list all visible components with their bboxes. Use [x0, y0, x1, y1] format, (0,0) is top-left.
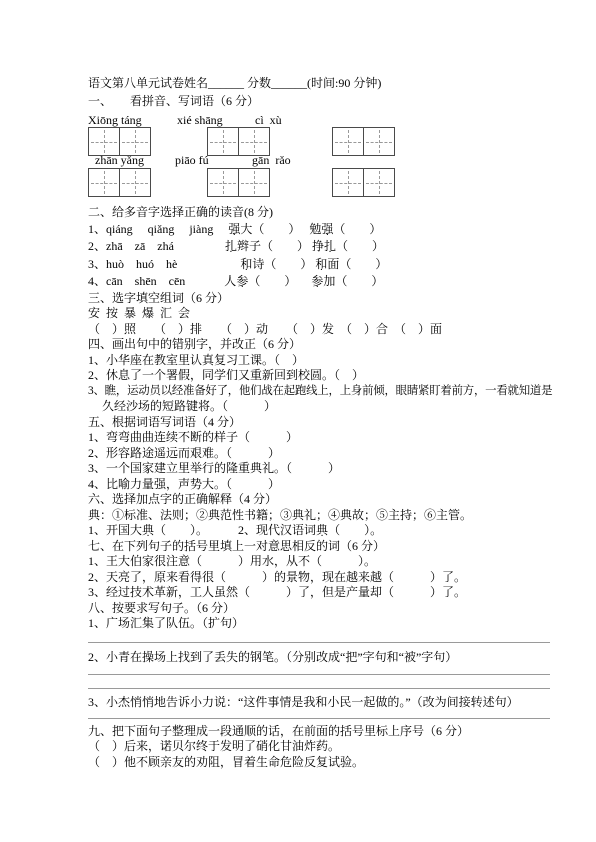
s2-item-2: 2、zhā zā zhá 扎辫子（ ） 挣扎（ ） — [88, 238, 550, 256]
grid-cell — [120, 168, 151, 197]
grid-cell — [364, 168, 395, 197]
section5-heading: 五、根据词语写词语（4 分） — [88, 415, 550, 431]
writing-grid — [88, 127, 151, 156]
answer-line — [88, 642, 550, 643]
emphasized-char: 参 — [236, 274, 248, 288]
emphasized-char: 和 — [315, 257, 327, 271]
section8-heading: 八、按要求写句子。（6 分） — [88, 601, 550, 617]
grid-cell — [239, 127, 270, 156]
s3-fill-blanks: （ ）照 （ ）排 （ ）动 （ ）发 （ ）合 （ ）面 — [88, 322, 550, 338]
grid-cell — [239, 168, 270, 197]
s4-item-3-line2: 久经沙场的短路键将。（ ） — [88, 399, 550, 415]
emphasized-char: 强 — [321, 222, 333, 236]
s7-item-3: 3、经过技术革新，工人虽然（ ）了，但是产量却（ ）了。 — [88, 585, 550, 601]
pinyin-label: Xiōng táng — [88, 113, 142, 128]
s5-item-1: 1、弯弯曲曲连续不断的样子（ ） — [88, 430, 550, 446]
emphasized-char: 典 — [316, 523, 328, 537]
pinyin-writing-block: Xiōng táng xié shāng cì xù zhān yǎng piā… — [88, 110, 550, 205]
s2-item-3: 3、huò huó hè 和诗（ ） 和面（ ） — [88, 256, 550, 274]
answer-line — [88, 718, 550, 719]
writing-grid — [332, 127, 395, 156]
grid-cell — [207, 168, 239, 197]
section7-heading: 七、在下列句子的括号里填上一对意思相反的词（6 分） — [88, 539, 550, 555]
s9-item-1: （ ）后来，诺贝尔终于发明了硝化甘油炸药。 — [88, 739, 550, 755]
section2-heading: 二、给多音字选择正确的读音(8 分) — [88, 205, 550, 221]
s2-item-1: 1、qiáng qiǎng jiàng 强大（ ） 勉强（ ） — [88, 221, 550, 239]
s4-item-2: 2、休息了一个署假，同学们又重新回到校圆。（ ） — [88, 368, 550, 384]
s8-item-1: 1、广场汇集了队伍。（扩句） — [88, 616, 550, 632]
emphasized-char: 强 — [228, 222, 240, 236]
writing-grid — [207, 168, 270, 197]
s4-item-3-line1: 3、瞧，运动员以经准备好了，他们战在起跑线上，上身前倾，眼睛紧盯着前方，一看就知… — [88, 384, 550, 400]
pinyin-label: zhān yǎng — [95, 153, 144, 168]
section1-heading: 一、 看拼音、写词语（6 分） — [88, 92, 550, 110]
s8-item-2: 2、小青在操场上找到了丢失的钢笔。（分别改成“把”字句和“被”字句） — [88, 650, 550, 666]
writing-grid — [88, 168, 151, 197]
grid-cell — [88, 168, 120, 197]
s9-item-2: （ ）他不顾亲友的劝阻，冒着生命危险反复试验。 — [88, 755, 550, 771]
emphasized-char: 扎 — [324, 239, 336, 253]
pinyin-label: piāo fú — [175, 153, 209, 168]
emphasized-char: 扎 — [225, 239, 237, 253]
s6-items: 1、开国大典（ ）。 2、现代汉语词典（ ）。 — [88, 523, 550, 539]
pinyin-label: xié shāng — [177, 113, 223, 128]
answer-line — [88, 688, 550, 689]
s5-item-2: 2、形容路途遥远而艰难。（ ） — [88, 446, 550, 462]
s5-item-4: 4、比喻力量强，声势大。（ ） — [88, 477, 550, 493]
paper-content: 语文第八单元试卷姓名______ 分数______(时间:90 分钟) 一、 看… — [88, 74, 550, 770]
grid-cell — [332, 127, 364, 156]
s8-item-3: 3、小杰悄悄地告诉小力说：“这件事情是我和小民一起做的。”（改为间接转述句） — [88, 695, 550, 711]
grid-cell — [364, 127, 395, 156]
grid-cell — [332, 168, 364, 197]
section6-heading: 六、选择加点字的正确解释（4 分） — [88, 492, 550, 508]
s4-item-1: 1、小华座在教室里认真复习工课。（ ） — [88, 353, 550, 369]
emphasized-char: 和 — [240, 257, 252, 271]
section4-heading: 四、画出句中的错别字，并改正（6 分） — [88, 337, 550, 353]
page-title: 语文第八单元试卷姓名______ 分数______(时间:90 分钟) — [88, 74, 550, 92]
s7-item-2: 2、天亮了，原来看得很（ ）的景物，现在越来越（ ）了。 — [88, 570, 550, 586]
grid-cell — [120, 127, 151, 156]
writing-grid — [332, 168, 395, 197]
grid-cell — [88, 127, 120, 156]
s2-item-4: 4、cān shēn cēn 人参（ ） 参加（ ） — [88, 273, 550, 291]
answer-line — [88, 674, 550, 675]
grid-cell — [207, 127, 239, 156]
s5-item-3: 3、一个国家建立里举行的隆重典礼。（ ） — [88, 461, 550, 477]
section9-heading: 九、把下面句子整理成一段通顺的话，在前面的括号里标上序号（6 分） — [88, 724, 550, 740]
pinyin-label: cì xù — [255, 113, 282, 128]
s6-definitions: 典：①标准、法则；②典范性书籍；③典礼；④典故；⑤主持；⑥主管。 — [88, 508, 550, 524]
test-paper-page: 语文第八单元试卷姓名______ 分数______(时间:90 分钟) 一、 看… — [0, 0, 596, 842]
emphasized-char: 典 — [142, 523, 154, 537]
s3-character-options: 安 按 暴 爆 汇 会 — [88, 306, 550, 322]
writing-grid — [207, 127, 270, 156]
emphasized-char: 参 — [311, 274, 323, 288]
pinyin-label: gān rǎo — [252, 153, 291, 168]
s7-item-1: 1、王大伯家很注意（ ）用水，从不（ ）。 — [88, 554, 550, 570]
